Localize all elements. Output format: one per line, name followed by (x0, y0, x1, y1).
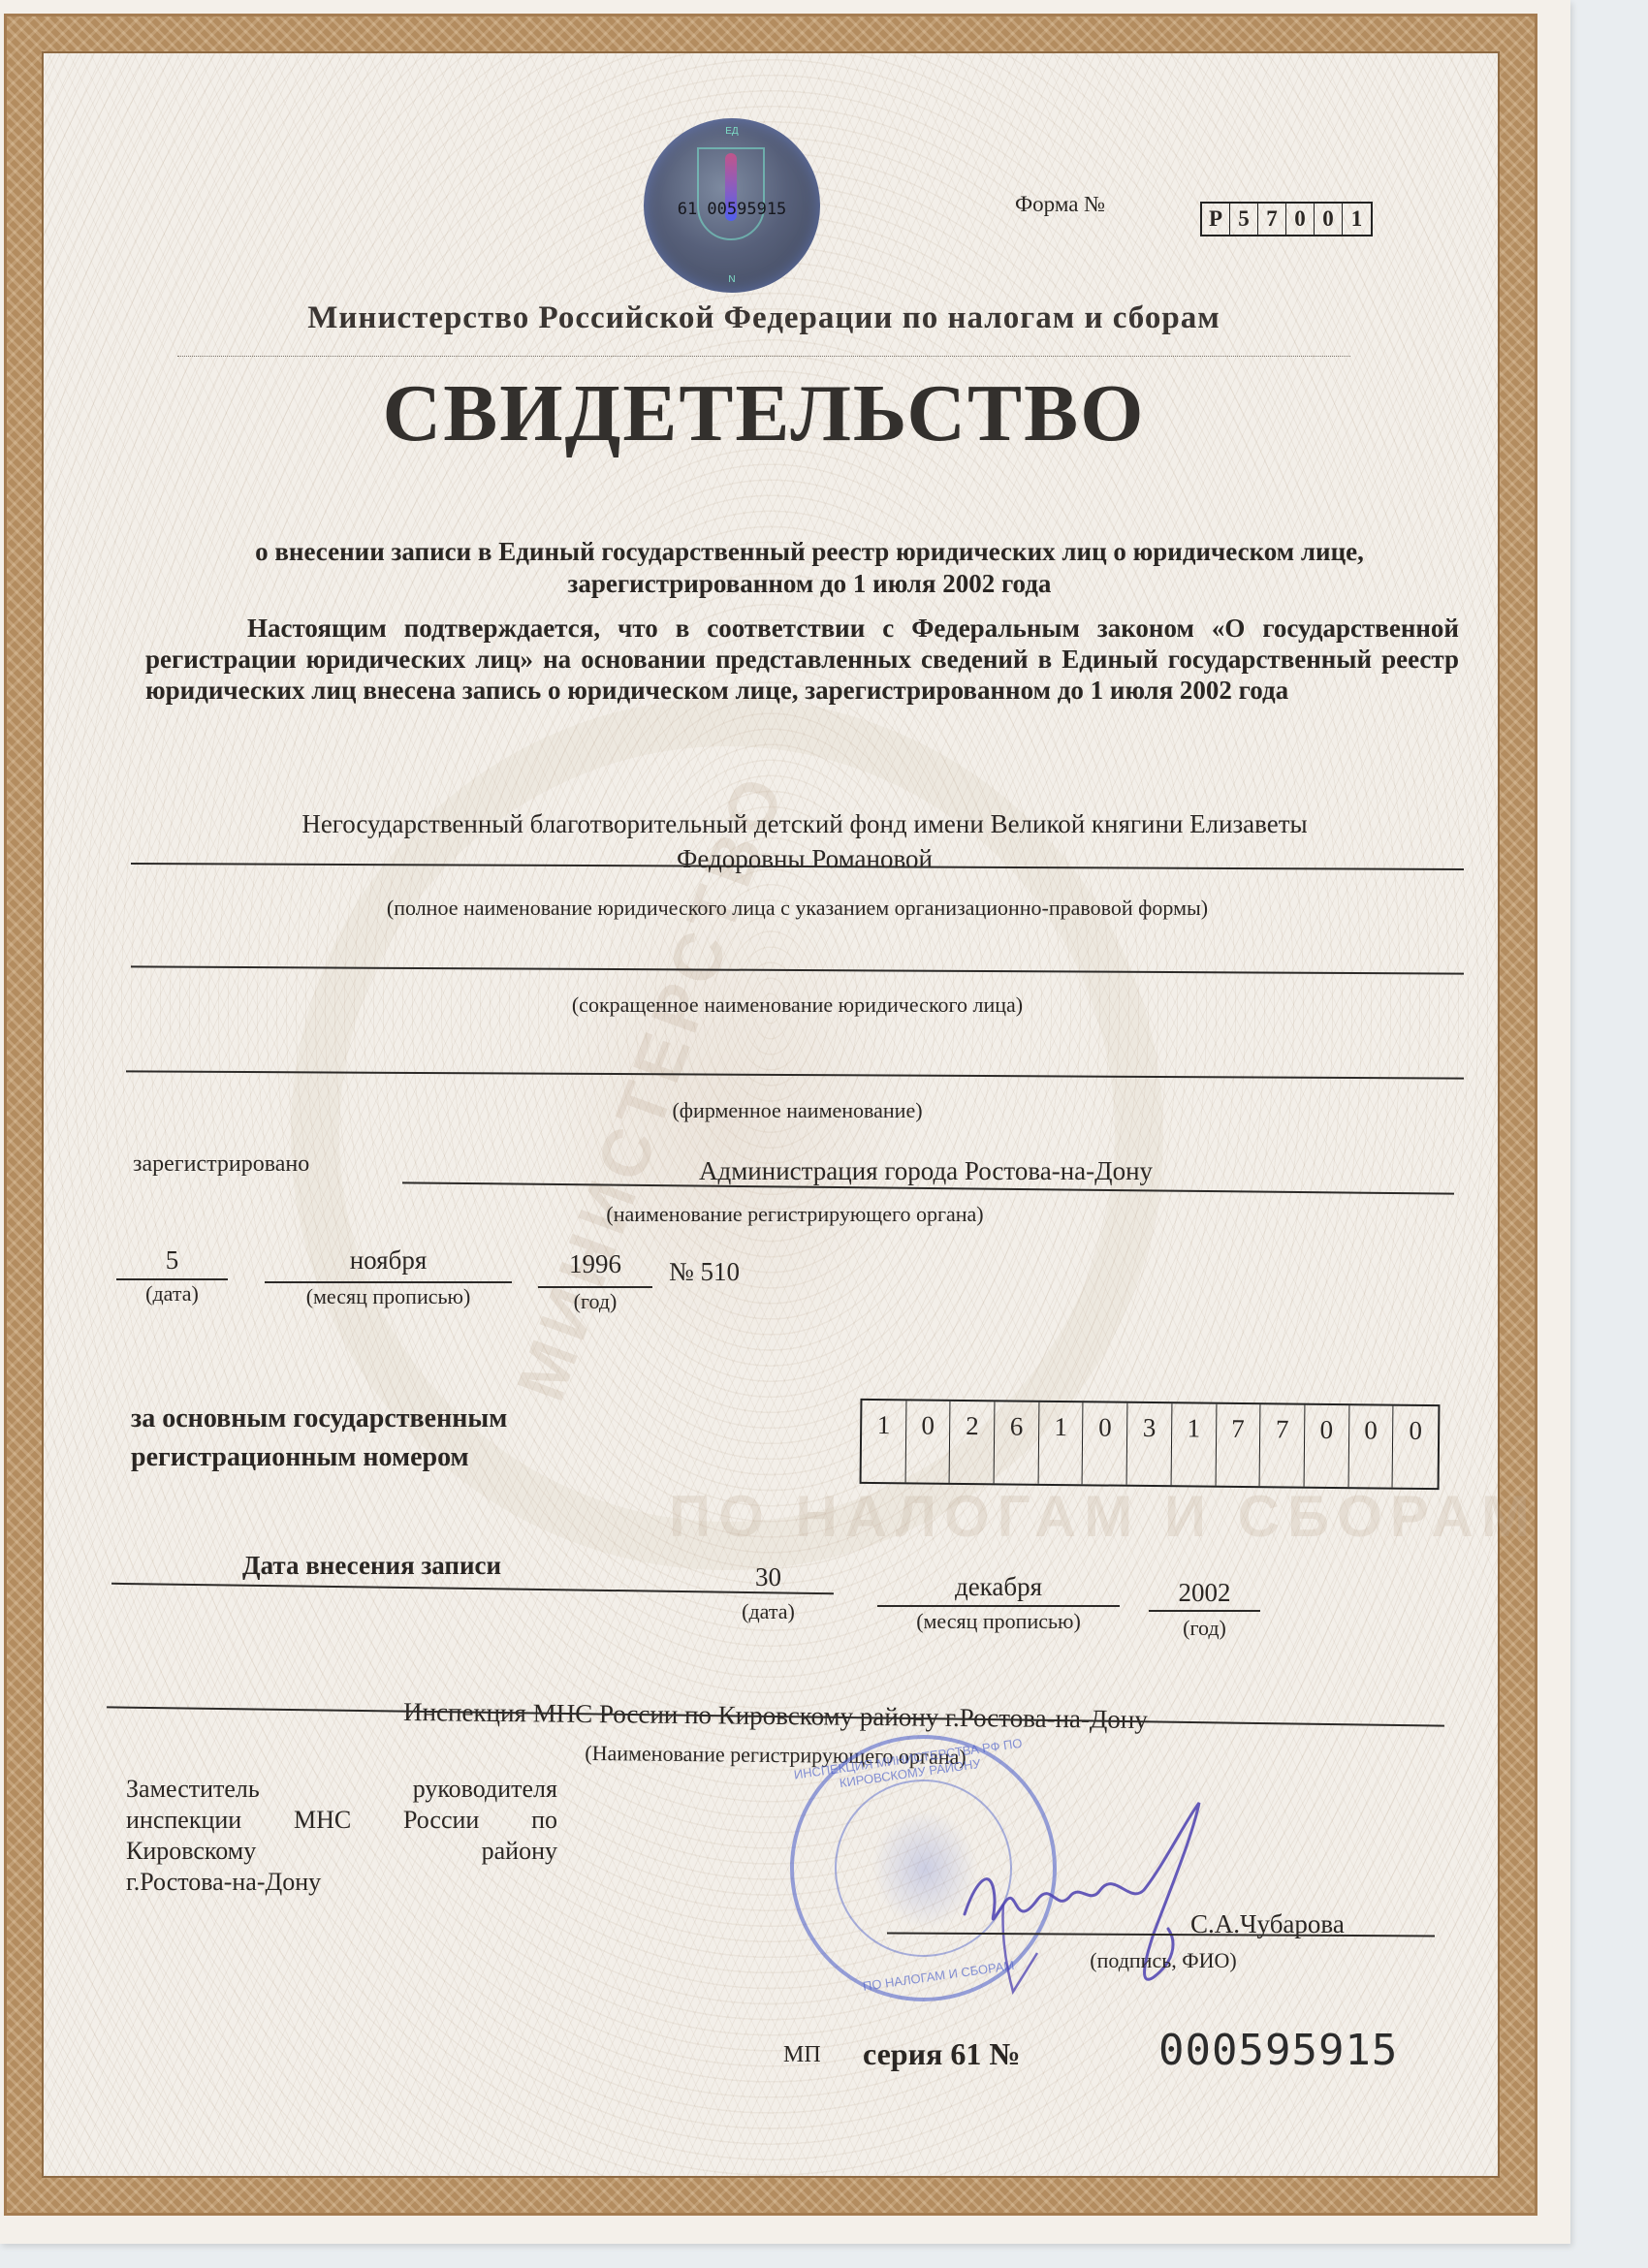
seal-place-label: МП (783, 2042, 821, 2068)
entry-year-caption: (год) (1149, 1616, 1260, 1641)
official-position-line4: г.Ростова-на-Дону (126, 1867, 557, 1898)
form-number-label: Форма № (1015, 192, 1105, 217)
ogrn-digit-cell: 7 (1260, 1404, 1306, 1486)
series-label: серия 61 № (863, 2036, 1021, 2072)
ogrn-digit-cell: 0 (905, 1401, 951, 1482)
ogrn-digit-cell: 0 (1393, 1406, 1439, 1488)
registration-number: № 510 (669, 1257, 740, 1287)
form-number-boxes: Р 5 7 0 0 1 (1200, 202, 1373, 236)
official-position-line1: Заместитель руководителя (126, 1774, 557, 1805)
ogrn-label: за основным государственным регистрацион… (131, 1400, 507, 1477)
ogrn-digit-cell: 0 (1083, 1402, 1128, 1484)
form-code-cell: 0 (1286, 204, 1315, 235)
form-code-cell: 7 (1258, 204, 1286, 235)
form-code-cell: 1 (1343, 204, 1371, 235)
ogrn-digit-cell: 1 (1171, 1403, 1217, 1485)
ogrn-digit-cell: 7 (1216, 1404, 1261, 1486)
document-title: СВИДЕТЕЛЬСТВО (177, 366, 1350, 460)
registration-year: 1996 (538, 1249, 652, 1279)
entry-year: 2002 (1149, 1578, 1260, 1608)
form-code-cell: 0 (1315, 204, 1343, 235)
entity-full-name-line2: Федоровны Романовой (145, 841, 1464, 876)
certificate-sheet: МИНИСТЕРСТВО ПО НАЛОГАМ И СБОРАМ ЕД 61 0… (0, 0, 1570, 2244)
registration-day: 5 (116, 1245, 228, 1276)
hologram-bottom-mark: N (644, 274, 820, 285)
ogrn-digit-cell: 1 (1038, 1402, 1084, 1484)
hologram-top-mark: ЕД (644, 126, 820, 137)
official-position-line2: инспекции МНС России по (126, 1805, 557, 1836)
form-code-cell: 5 (1230, 204, 1258, 235)
full-name-caption: (полное наименование юридического лица с… (131, 896, 1464, 921)
entry-date-label: Дата внесения записи (242, 1551, 501, 1581)
entry-day-caption: (дата) (708, 1599, 829, 1624)
registration-day-rule (116, 1278, 228, 1280)
ogrn-digit-cell: 0 (1304, 1405, 1349, 1487)
registration-year-rule (538, 1286, 652, 1288)
ogrn-label-line2: регистрационным номером (131, 1438, 507, 1477)
hologram-seal: ЕД 61 00595915 N (644, 118, 820, 293)
stamp-eagle-icon (864, 1802, 986, 1937)
ogrn-digit-cell: 3 (1127, 1403, 1173, 1485)
entry-month: декабря (877, 1572, 1120, 1602)
ogrn-digit-cell: 1 (862, 1401, 907, 1482)
confirmation-paragraph: Настоящим подтверждается, что в соответс… (145, 613, 1459, 706)
registration-month-rule (265, 1281, 512, 1283)
entry-year-rule (1149, 1610, 1260, 1612)
registering-authority-caption: (наименование регистрирующего органа) (504, 1202, 1086, 1227)
ogrn-digit-cell: 2 (950, 1402, 996, 1483)
ogrn-label-line1: за основным государственным (131, 1400, 507, 1438)
ministry-divider (177, 356, 1350, 357)
ogrn-digit-cell: 6 (995, 1402, 1040, 1483)
registration-day-caption: (дата) (116, 1281, 228, 1307)
series-number: 000595915 (1158, 2026, 1398, 2075)
registration-year-caption: (год) (538, 1289, 652, 1314)
ministry-name: Министерство Российской Федерации по нал… (177, 300, 1350, 336)
registered-label: зарегистрировано (133, 1151, 309, 1178)
registration-month: ноября (265, 1245, 512, 1276)
entry-month-rule (877, 1605, 1120, 1607)
ogrn-number-boxes: 1 0 2 6 1 0 3 1 7 7 0 0 0 (860, 1399, 1441, 1490)
form-code-cell: Р (1202, 204, 1230, 235)
hologram-serial: 61 00595915 (644, 200, 820, 219)
registration-month-caption: (месяц прописью) (265, 1284, 512, 1309)
entity-full-name-line1: Негосударственный благотворительный детс… (145, 806, 1464, 841)
brand-name-caption: (фирменное наименование) (131, 1098, 1464, 1123)
entry-month-caption: (месяц прописью) (877, 1609, 1120, 1634)
document-subtitle: о внесении записи в Единый государственн… (155, 536, 1464, 600)
official-position: Заместитель руководителя инспекции МНС Р… (126, 1774, 557, 1898)
short-name-caption: (сокращенное наименование юридического л… (131, 992, 1464, 1018)
official-position-line3: Кировскому району (126, 1836, 557, 1867)
ogrn-digit-cell: 0 (1348, 1405, 1394, 1487)
registering-authority-value: Администрация города Ростова-на-Дону (402, 1156, 1449, 1186)
signature-caption: (подпись, ФИО) (1066, 1948, 1260, 1973)
entry-day: 30 (708, 1562, 829, 1592)
